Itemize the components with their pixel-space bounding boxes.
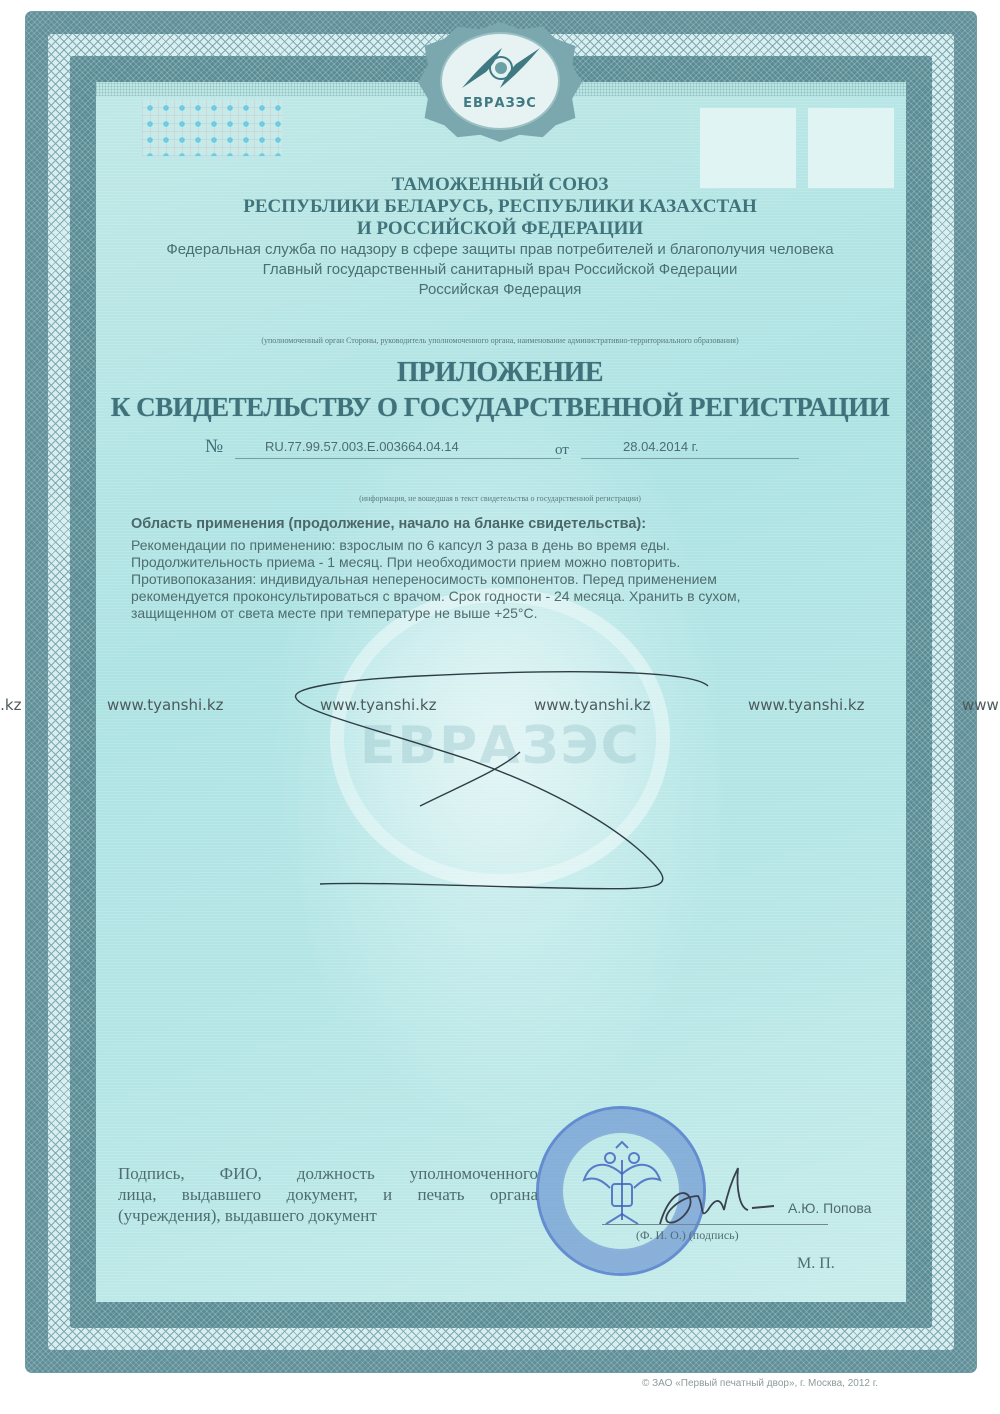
signature-underline xyxy=(602,1224,828,1225)
scope-line: Продолжительность приема - 1 месяц. При … xyxy=(131,554,891,571)
site-watermark: www.tyanshi.kz xyxy=(534,696,650,714)
title-line-1: ПРИЛОЖЕНИЕ xyxy=(0,356,1000,390)
signature-caption-line: (учреждения), выдавшего документ xyxy=(118,1205,538,1226)
seal-place-mark: М. П. xyxy=(797,1255,835,1273)
scope-line: защищенном от света месте при температур… xyxy=(131,605,891,622)
info-caption: (информация, не вошедшая в текст свидете… xyxy=(0,494,1000,503)
document-title: ПРИЛОЖЕНИЕ К СВИДЕТЕЛЬСТВУ О ГОСУДАРСТВЕ… xyxy=(0,356,1000,424)
service-line-1: Федеральная служба по надзору в сфере за… xyxy=(0,240,1000,260)
signature-field-caption: (Ф. И. О.) (подпись) xyxy=(636,1228,739,1243)
registration-date: 28.04.2014 г. xyxy=(623,439,698,454)
service-line-3: Российская Федерация xyxy=(0,280,1000,300)
scope-section: Область применения (продолжение, начало … xyxy=(131,514,891,622)
service-line-2: Главный государственный санитарный врач … xyxy=(0,260,1000,280)
from-label: от xyxy=(555,442,569,459)
union-line-3: И РОССИЙСКОЙ ФЕДЕРАЦИИ xyxy=(0,218,1000,240)
signature-caption-line: лица, выдавшего документ, и печать орган… xyxy=(118,1184,538,1205)
scope-line: Противопоказания: индивидуальная неперен… xyxy=(131,571,891,588)
scope-title: Область применения (продолжение, начало … xyxy=(131,514,891,534)
union-heading: ТАМОЖЕННЫЙ СОЮЗ РЕСПУБЛИКИ БЕЛАРУСЬ, РЕС… xyxy=(0,174,1000,240)
title-line-2: К СВИДЕТЕЛЬСТВУ О ГОСУДАРСТВЕННОЙ РЕГИСТ… xyxy=(0,390,1000,424)
site-watermark: i.kz xyxy=(0,696,22,714)
number-sign: № xyxy=(205,436,223,458)
union-line-1: ТАМОЖЕННЫЙ СОЮЗ xyxy=(0,174,1000,196)
signer-name: А.Ю. Попова xyxy=(788,1200,871,1216)
union-line-2: РЕСПУБЛИКИ БЕЛАРУСЬ, РЕСПУБЛИКИ КАЗАХСТА… xyxy=(0,196,1000,218)
eurasec-emblem: ЕВРАЗЭС xyxy=(418,22,582,142)
scope-line: Рекомендации по применению: взрослым по … xyxy=(131,537,891,554)
site-watermark: www.tyanshi.kz xyxy=(107,696,223,714)
site-watermark-row: i.kz www.tyanshi.kz www.tyanshi.kz www.t… xyxy=(0,696,1000,718)
scope-line: рекомендуется проконсультироваться с вра… xyxy=(131,588,891,605)
service-heading: Федеральная служба по надзору в сфере за… xyxy=(0,240,1000,300)
site-watermark: www xyxy=(962,696,999,714)
site-watermark: www.tyanshi.kz xyxy=(748,696,864,714)
emblem-label: ЕВРАЗЭС xyxy=(418,96,582,111)
date-underline xyxy=(581,458,799,459)
authority-caption: (уполномоченный орган Стороны, руководит… xyxy=(0,336,1000,345)
signature-block-caption: Подпись, ФИО, должность уполномоченного … xyxy=(118,1163,538,1226)
security-pattern xyxy=(142,100,282,156)
number-underline xyxy=(235,458,561,459)
printer-copyright: © ЗАО «Первый печатный двор», г. Москва,… xyxy=(642,1378,878,1389)
registration-number: RU.77.99.57.003.E.003664.04.14 xyxy=(265,439,459,454)
site-watermark: www.tyanshi.kz xyxy=(320,696,436,714)
signature-caption-line: Подпись, ФИО, должность уполномоченного xyxy=(118,1163,538,1184)
watermark-label: ЕВРАЗЭС xyxy=(360,716,640,776)
eurasec-logo-icon xyxy=(456,42,546,94)
double-headed-eagle-icon xyxy=(576,1140,668,1236)
